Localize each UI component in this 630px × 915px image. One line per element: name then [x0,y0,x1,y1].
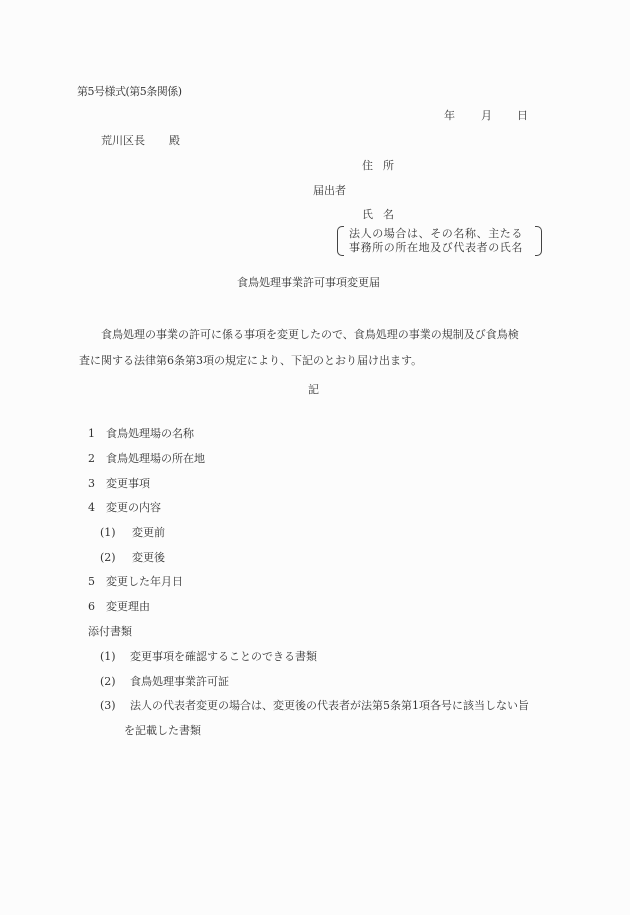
addressee: 荒川区長殿 [101,135,180,146]
body-line-1: 食鳥処理の事業の許可に係る事項を変更したので、食鳥処理の事業の規制及び食鳥検 [79,322,559,348]
list-subitem: (1)変更前 [100,527,165,538]
date-day-label: 日 [517,110,528,121]
list-item: 1食鳥処理場の名称 [88,428,194,439]
list-item: 4変更の内容 [88,502,161,513]
submitter-label: 届出者 [313,185,346,196]
date-year-label: 年 [444,110,455,121]
name-label: 氏名 [362,209,404,220]
ki-heading: 記 [308,384,319,395]
list-item: 3変更事項 [88,478,150,489]
attachment-item: (1)変更事項を確認することのできる書類 [100,651,317,662]
address-label: 住所 [362,160,404,171]
attachment-item: (3)法人の代表者変更の場合は、変更後の代表者が法第5条第1項各号に該当しない旨 [100,700,529,711]
attachment-item-continuation: を記載した書類 [124,725,201,736]
corporate-note: 法人の場合は、その名称、主たる 事務所の所在地及び代表者の氏名 [337,226,542,256]
body-line-2: 査に関する法律第6条第3項の規定により、下記のとおり届け出ます。 [79,348,559,374]
body-paragraph: 食鳥処理の事業の許可に係る事項を変更したので、食鳥処理の事業の規制及び食鳥検 査… [79,322,559,374]
document-title: 食鳥処理事業許可事項変更届 [237,277,380,288]
list-subitem: (2)変更後 [100,552,165,563]
right-bracket [535,226,542,256]
list-item: 2食鳥処理場の所在地 [88,453,205,464]
note-line-2: 事務所の所在地及び代表者の氏名 [349,242,523,253]
addressee-name: 荒川区長 [101,134,145,147]
left-bracket [337,226,344,256]
addressee-honorific: 殿 [169,134,180,147]
date-month-label: 月 [481,110,492,121]
note-line-1: 法人の場合は、その名称、主たる [349,228,523,239]
form-number: 第5号様式(第5条関係) [77,86,182,97]
list-item: 5変更した年月日 [88,576,183,587]
attachment-item: (2)食鳥処理事業許可証 [100,676,229,687]
list-item: 6変更理由 [88,601,150,612]
attachments-heading: 添付書類 [88,626,132,637]
